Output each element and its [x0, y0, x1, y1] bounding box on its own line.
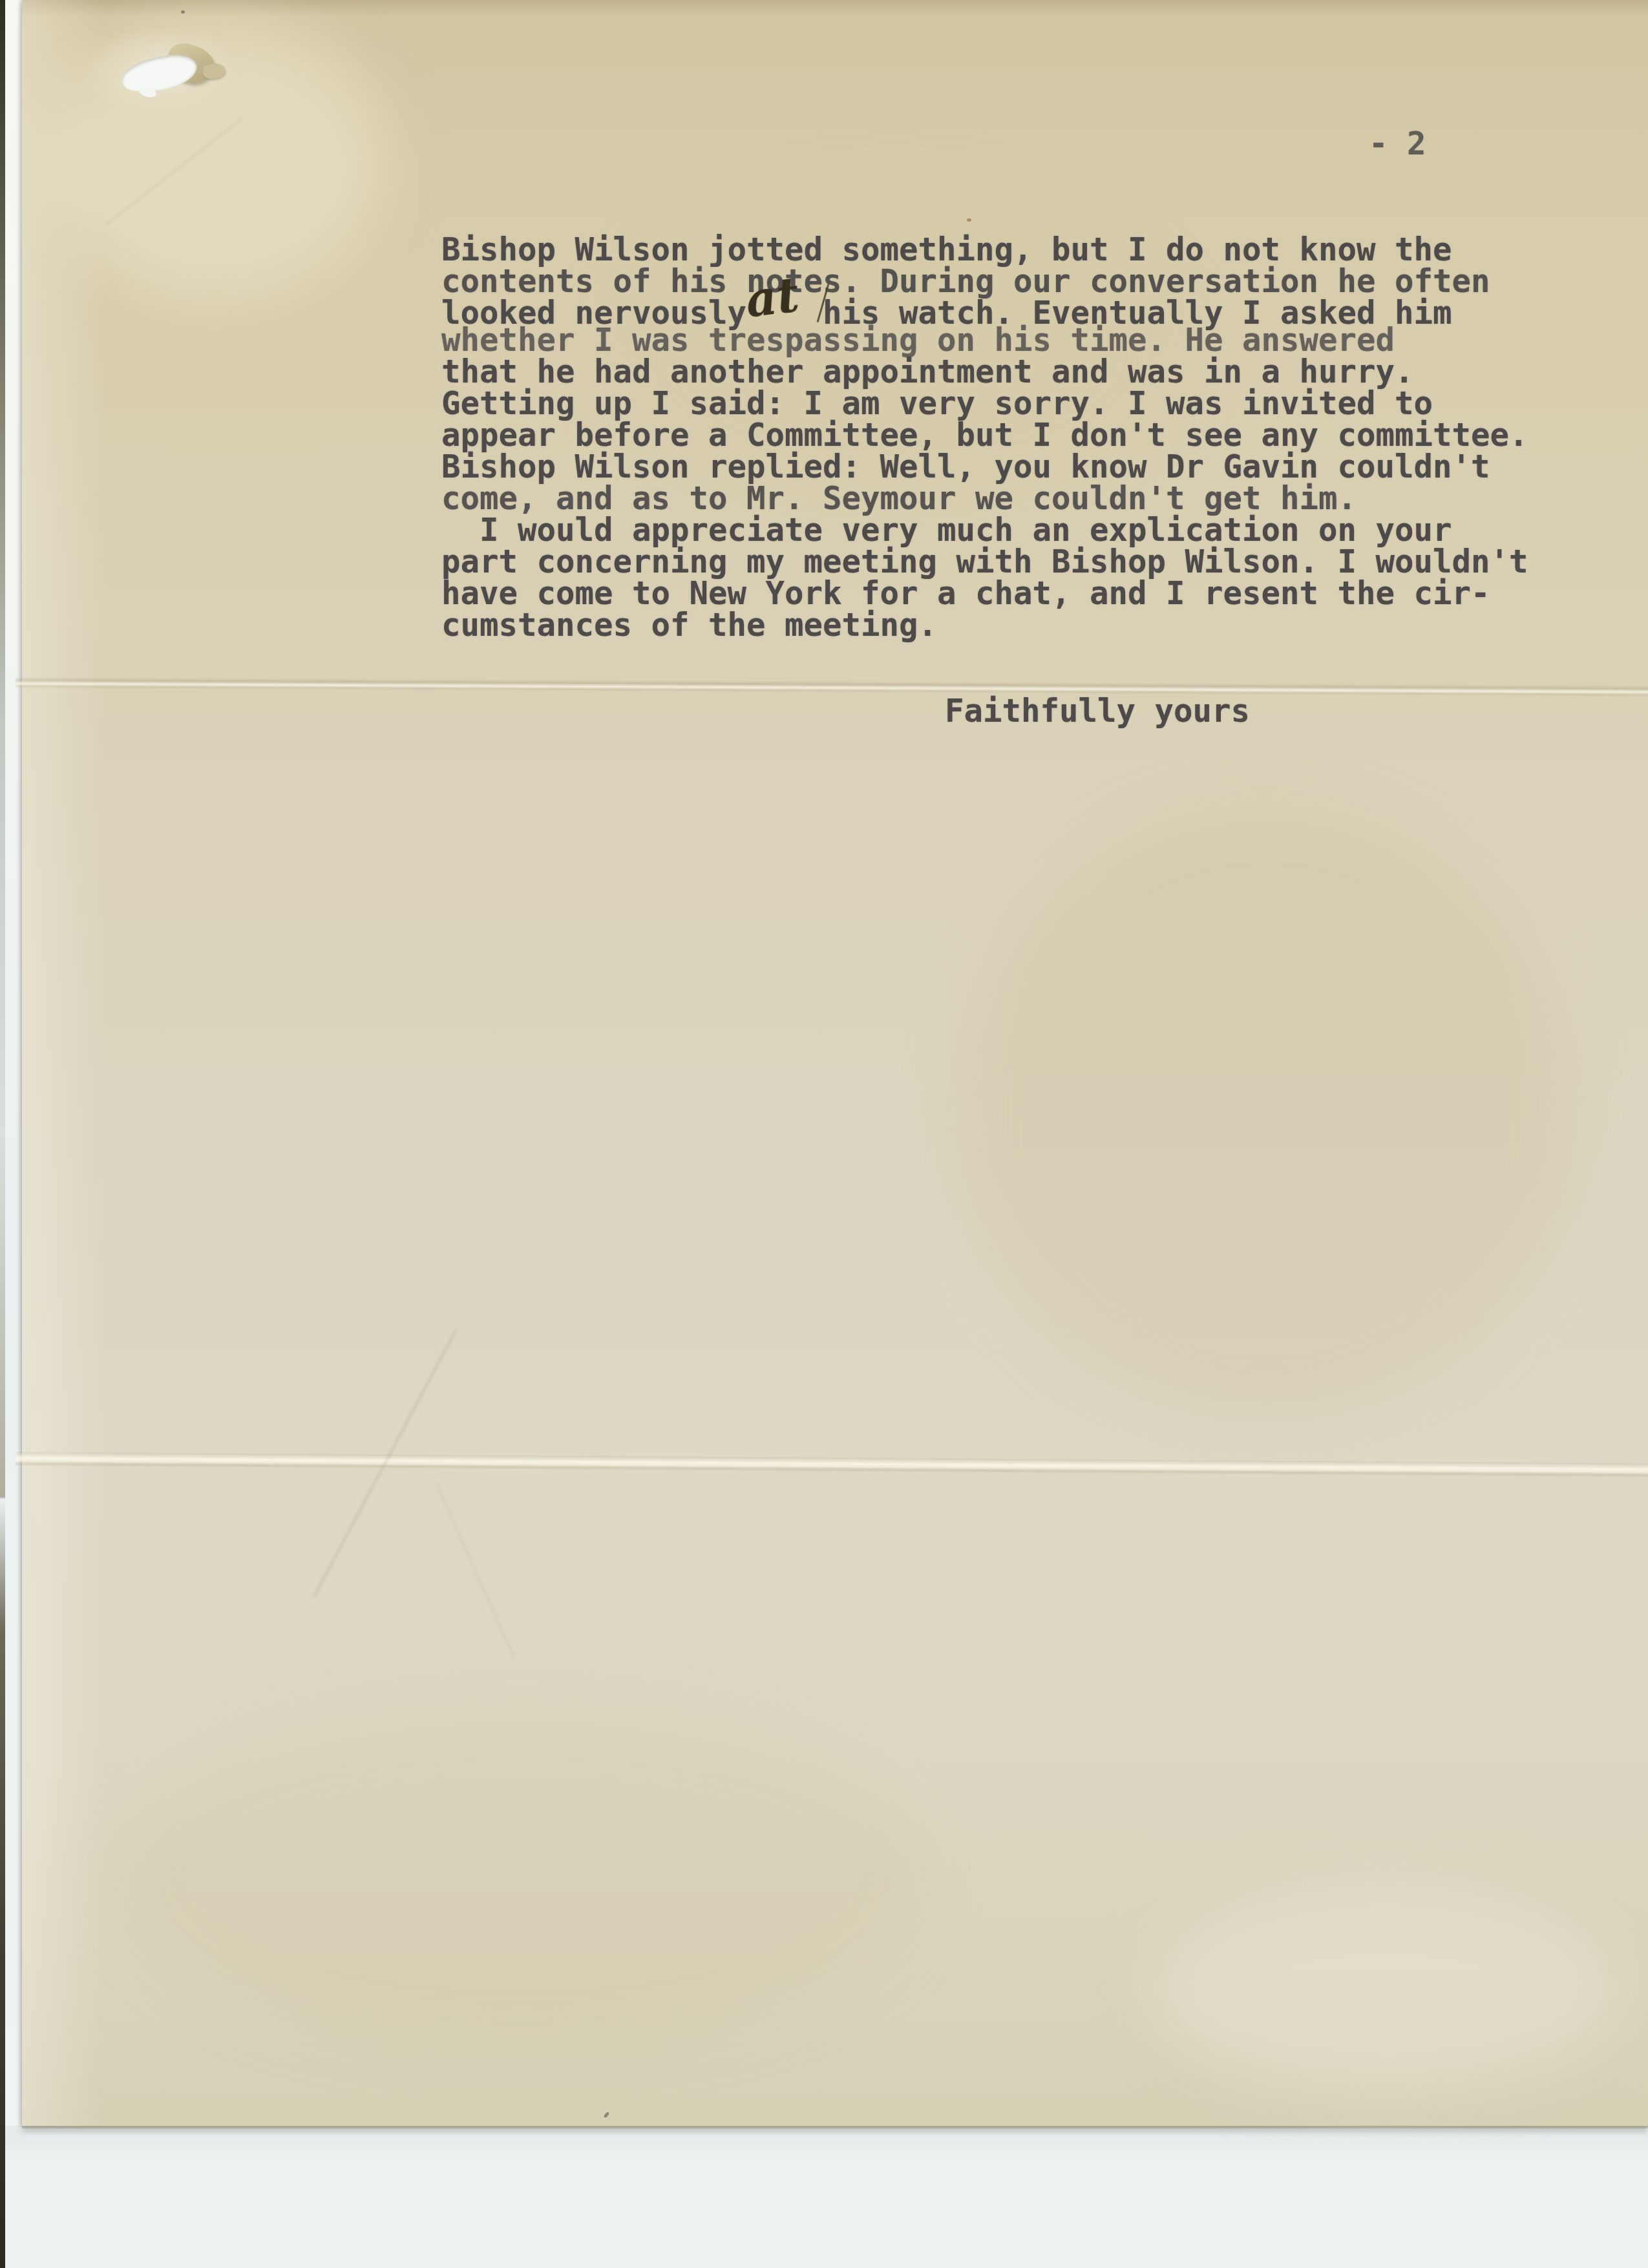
typed-line: cumstances of the meeting.: [441, 609, 1528, 641]
paper-speck: [603, 2112, 609, 2119]
typed-line: whether I was trespassing on his time. H…: [441, 324, 1528, 356]
page-number: - 2: [1369, 128, 1426, 160]
signoff-text: Faithfully yours: [945, 695, 1250, 727]
letter-body-text: Bishop Wilson jotted something, but I do…: [441, 234, 1528, 641]
letter-page: - 2 Bishop Wilson jotted something, but …: [22, 0, 1648, 2126]
scanner-bottom-margin: [5, 2126, 1648, 2268]
typed-line: appear before a Committee, but I don't s…: [441, 419, 1528, 451]
paper-blotch: [1153, 1887, 1618, 2094]
handwritten-insertion-at: at: [743, 271, 802, 324]
paper-speck: [967, 218, 971, 222]
typed-line: contents of his notes. During our conver…: [441, 266, 1528, 297]
typed-line: I would appreciate very much an explicat…: [441, 514, 1528, 546]
diagonal-crease: [313, 1329, 457, 1598]
typed-line: have come to New York for a chat, and I …: [441, 578, 1528, 609]
paper-left-highlight: [22, 0, 106, 2126]
diagonal-crease: [105, 117, 244, 226]
fold-crease-upper: [16, 677, 1648, 697]
typed-line: part concerning my meeting with Bishop W…: [441, 546, 1528, 578]
typed-line: come, and as to Mr. Seymour we couldn't …: [441, 483, 1528, 514]
typed-line: Bishop Wilson jotted something, but I do…: [441, 234, 1528, 266]
diagonal-crease: [435, 1482, 515, 1659]
scanner-bed-edge: [0, 0, 5, 2268]
typed-line: Getting up I said: I am very sorry. I wa…: [441, 388, 1528, 419]
typed-line: Bishop Wilson replied: Well, you know Dr…: [441, 451, 1528, 483]
scan-canvas: - 2 Bishop Wilson jotted something, but …: [0, 0, 1648, 2268]
paper-tear-hole: [94, 32, 230, 110]
typed-line: that he had another appointment and was …: [441, 356, 1528, 388]
paper-speck: [181, 10, 185, 14]
fold-crease-middle: [16, 1452, 1648, 1478]
scanner-left-margin: [5, 0, 23, 2268]
paper-blotch: [119, 1712, 927, 2048]
paper-blotch: [959, 808, 1573, 1422]
paper-top-shading: [22, 0, 1648, 17]
